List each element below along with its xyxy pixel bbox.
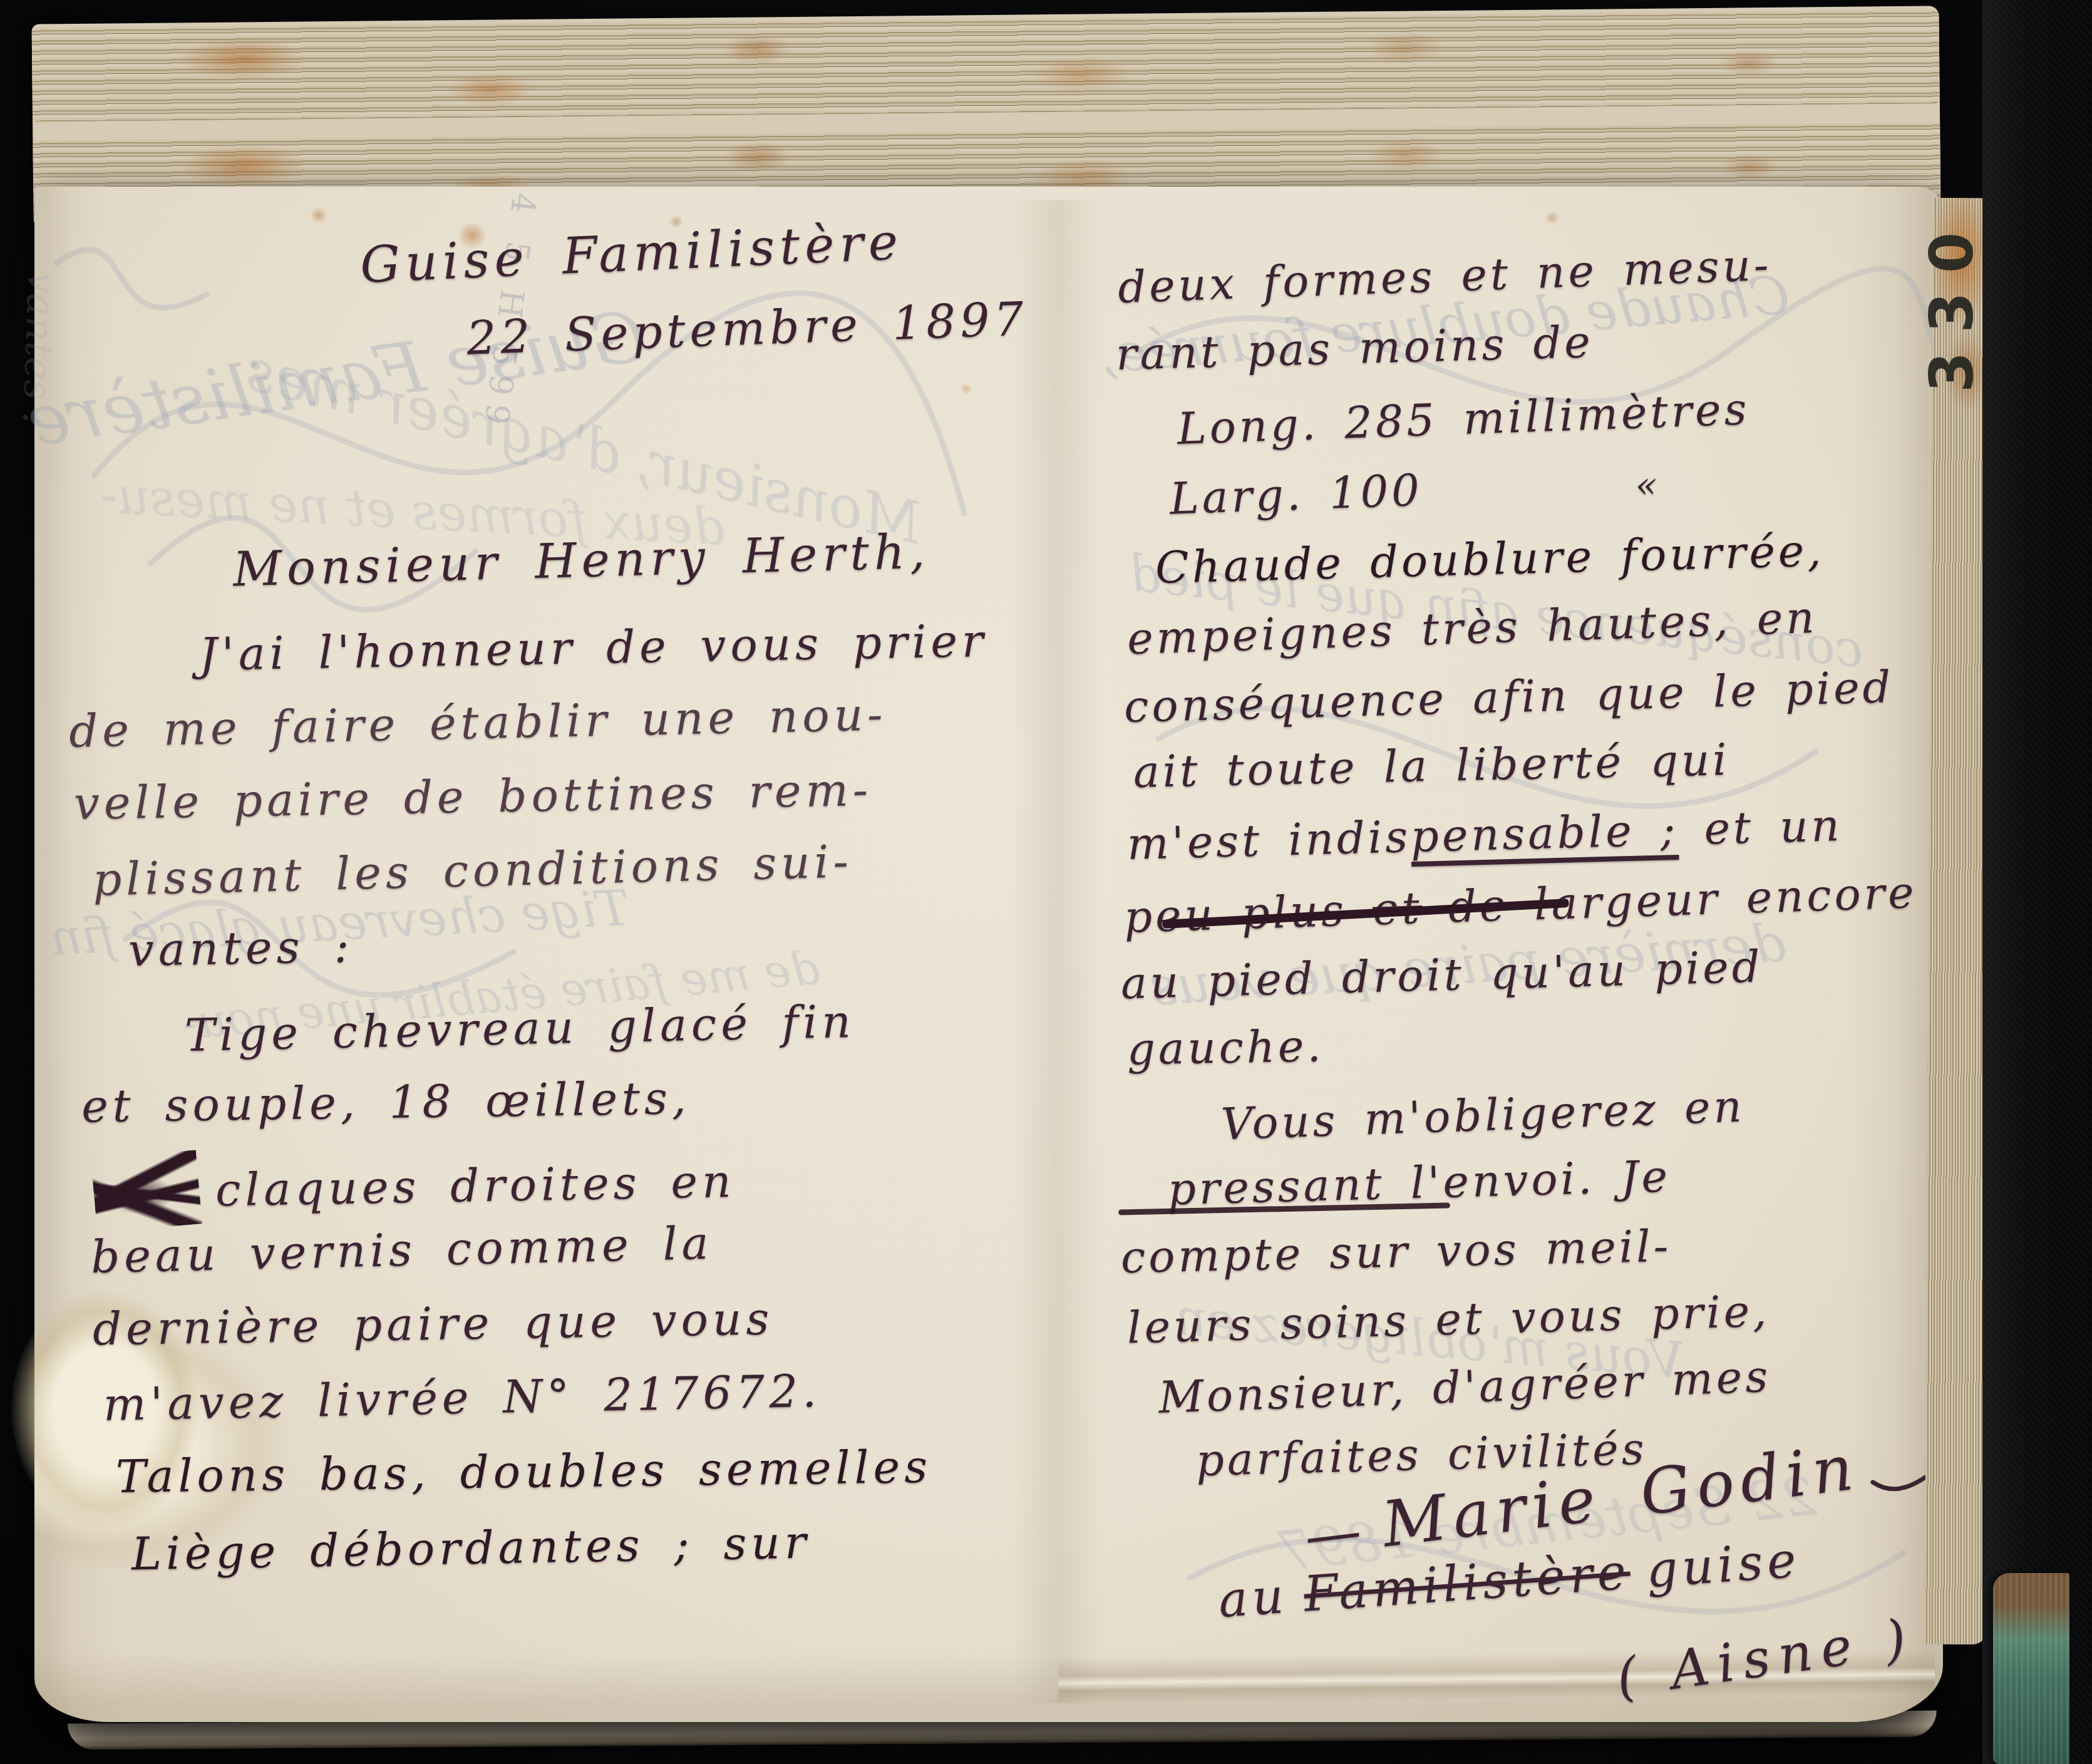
line-fragment: m'est indis [1126, 811, 1411, 870]
measure-label: Larg. 100 [1169, 465, 1423, 525]
letter-line: gauche. [1126, 1020, 1324, 1075]
signature-dash: — [1301, 1497, 1371, 1569]
foxing-spot [309, 208, 328, 223]
page-edge-striations [32, 9, 1940, 121]
page-number-stamp: 330 [1919, 202, 1989, 405]
bookmark-ribbon [1993, 1573, 2069, 1764]
page-edge-band [32, 9, 1940, 121]
foxing-spot [959, 383, 973, 395]
ink-scribble-blot [91, 1150, 202, 1232]
book-cover [1982, 0, 2092, 1764]
letter-line: dernière paire que vous [92, 1292, 773, 1355]
location-prefix: au [1217, 1568, 1290, 1629]
letter-line-with-scribble: claques droites en [93, 1144, 736, 1229]
line-fragment: et un [1677, 800, 1843, 855]
letter-line: et souple, 18 œillets, [81, 1071, 691, 1133]
underlined-fragment: pensable ; [1410, 804, 1679, 862]
location-suffix: guise [1644, 1532, 1802, 1599]
letter-line-text: claques droites en [215, 1155, 736, 1216]
manuscript-photo: Guise Familistère Monsieur, d'agréer mes… [0, 0, 2092, 1764]
letter-line: Talons bas, doubles semelles [116, 1440, 932, 1503]
gutter-shadow [1013, 200, 1101, 1703]
foxing-spot [1544, 212, 1560, 224]
ditto-mark: « [1634, 463, 1661, 506]
letter-line: vantes : [128, 920, 354, 976]
